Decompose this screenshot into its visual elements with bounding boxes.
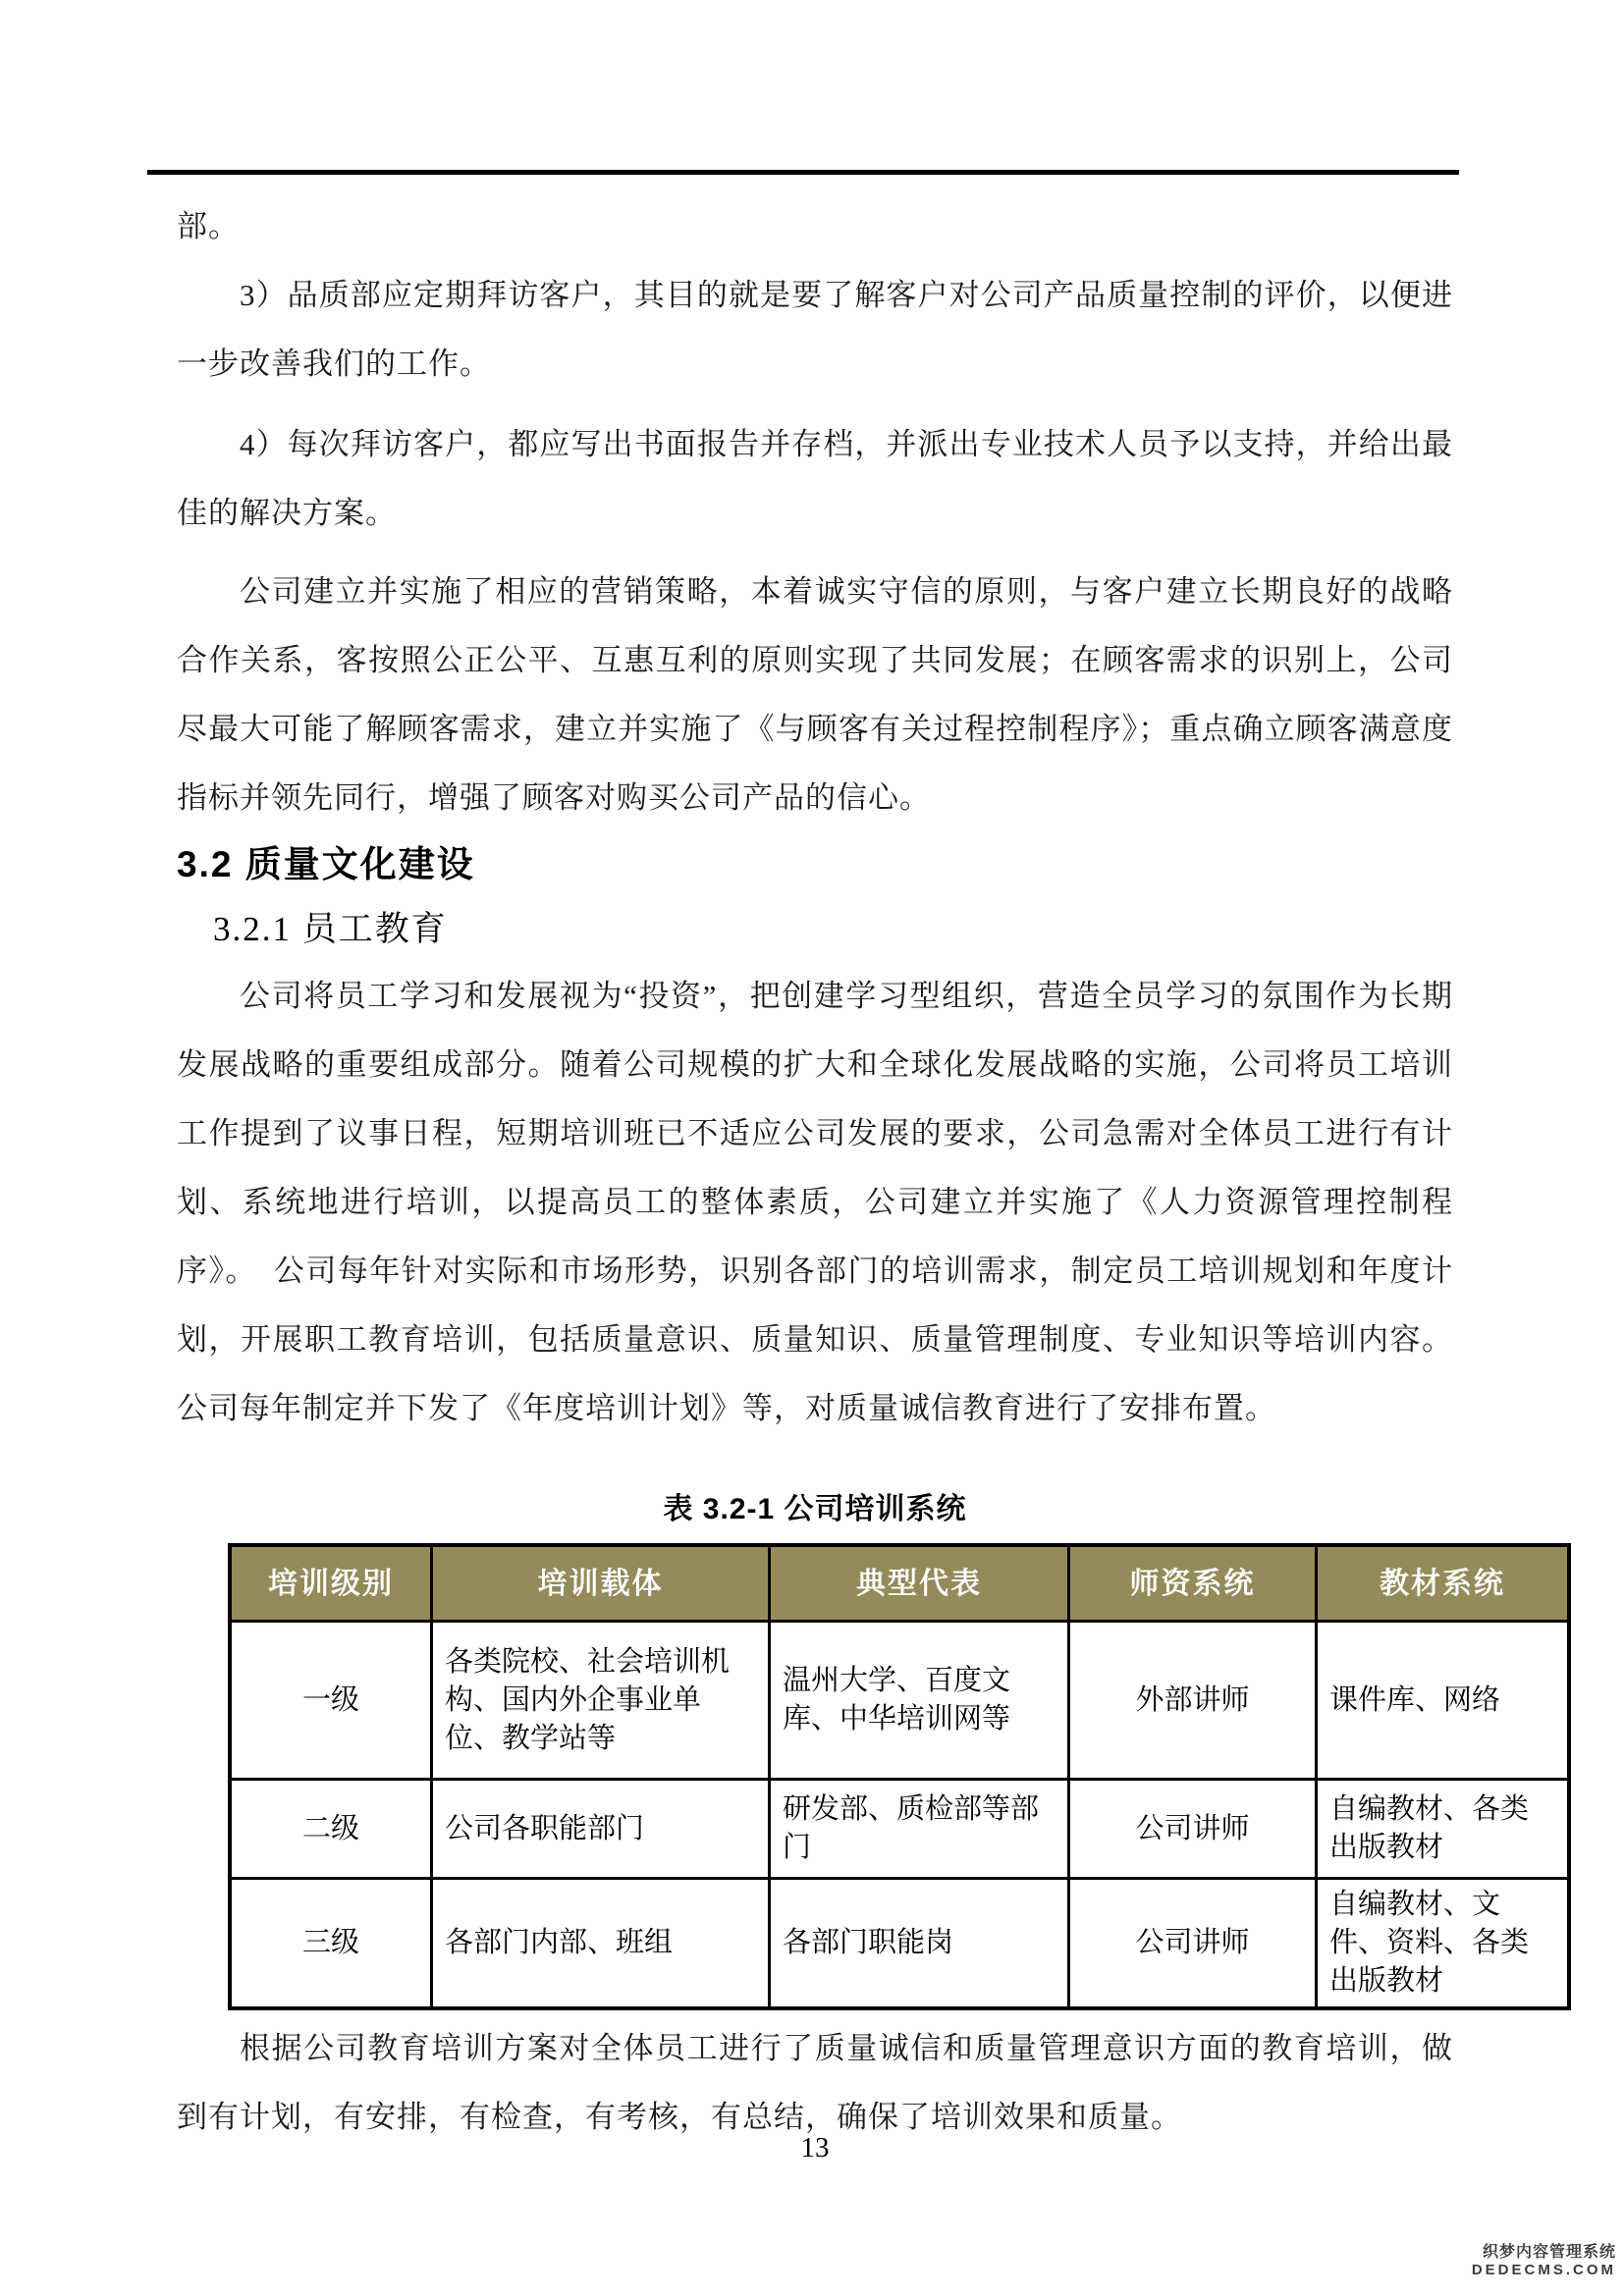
cell-carrier-3: 各部门内部、班组 [432,1879,770,2009]
cell-teacher-3: 公司讲师 [1069,1879,1317,2009]
col-header-material-system: 教材系统 [1317,1545,1570,1622]
col-header-training-carrier: 培训载体 [432,1545,770,1622]
watermark-domain-text: DEDECMS.COM [1472,2262,1616,2279]
training-system-table: 培训级别 培训载体 典型代表 师资系统 教材系统 一级 各类院校、社会培训机构、… [228,1543,1571,2010]
table-row: 一级 各类院校、社会培训机构、国内外企事业单位、教学站等 温州大学、百度文库、中… [230,1622,1569,1780]
paragraph-employee-training: 公司将员工学习和发展视为“投资”，把创建学习型组织，营造全员学习的氛围作为长期发… [177,962,1453,1443]
cell-level-1: 一级 [230,1622,432,1780]
paragraph-marketing-strategy: 公司建立并实施了相应的营销策略，本着诚实守信的原则，与客户建立长期良好的战略合作… [177,558,1453,832]
cell-representative-2: 研发部、质检部等部门 [770,1780,1069,1879]
col-header-training-level: 培训级别 [230,1545,432,1622]
table-caption: 表 3.2-1 公司培训系统 [177,1484,1453,1527]
page-number: 13 [177,2132,1453,2164]
header-divider-rule [147,170,1459,175]
document-page: 部。 3）品质部应定期拜访客户，其目的就是要了解客户对公司产品质量控制的评价，以… [0,0,1624,2296]
subsection-heading: 3.2.1 员工教育 [213,905,448,954]
cell-representative-1: 温州大学、百度文库、中华培训网等 [770,1622,1069,1780]
cell-carrier-1: 各类院校、社会培训机构、国内外企事业单位、教学站等 [432,1622,770,1780]
paragraph-continuation: 部。 [177,192,1453,261]
cell-level-3: 三级 [230,1879,432,2009]
table-header-row: 培训级别 培训载体 典型代表 师资系统 教材系统 [230,1545,1569,1622]
cell-material-3: 自编教材、文件、资料、各类出版教材 [1317,1879,1570,2009]
cell-material-1: 课件库、网络 [1317,1622,1570,1780]
col-header-teacher-system: 师资系统 [1069,1545,1317,1622]
paragraph-item-3: 3）品质部应定期拜访客户，其目的就是要了解客户对公司产品质量控制的评价，以便进一… [177,261,1453,399]
paragraph-item-4: 4）每次拜访客户，都应写出书面报告并存档，并派出专业技术人员予以支持，并给出最佳… [177,410,1453,548]
section-heading: 3.2 质量文化建设 [177,840,475,889]
table-row: 二级 公司各职能部门 研发部、质检部等部门 公司讲师 自编教材、各类出版教材 [230,1780,1569,1879]
cms-watermark: 织梦内容管理系统 DEDECMS.COM [1472,2244,1616,2279]
cell-teacher-2: 公司讲师 [1069,1780,1317,1879]
col-header-typical-representative: 典型代表 [770,1545,1069,1622]
cell-level-2: 二级 [230,1780,432,1879]
cell-representative-3: 各部门职能岗 [770,1879,1069,2009]
paragraph-training-result: 根据公司教育培训方案对全体员工进行了质量诚信和质量管理意识方面的教育培训，做到有… [177,2014,1453,2152]
table-row: 三级 各部门内部、班组 各部门职能岗 公司讲师 自编教材、文件、资料、各类出版教… [230,1879,1569,2009]
cell-teacher-1: 外部讲师 [1069,1622,1317,1780]
watermark-cn-text: 织梦内容管理系统 [1472,2244,1616,2262]
cell-material-2: 自编教材、各类出版教材 [1317,1780,1570,1879]
cell-carrier-2: 公司各职能部门 [432,1780,770,1879]
